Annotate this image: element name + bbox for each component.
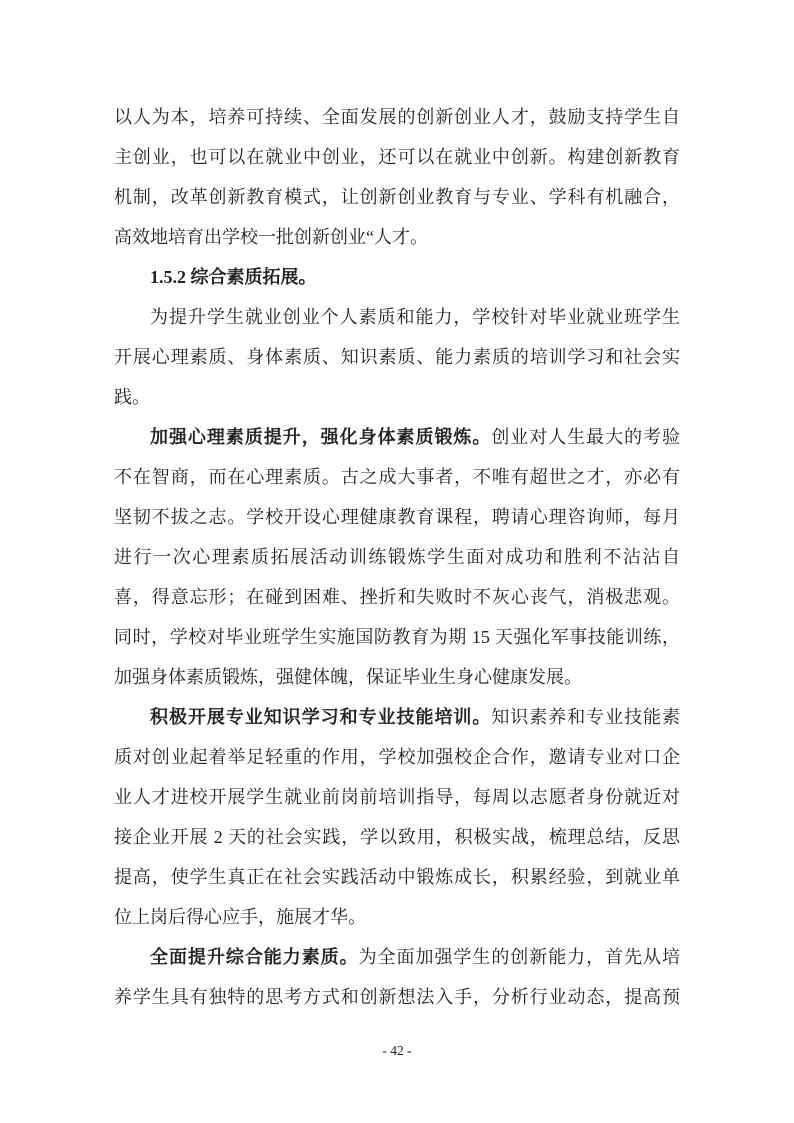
text-run: 主创业，也可以在就业中创业，还可以在就业中创新。构建创新教育 bbox=[114, 147, 680, 167]
text-run: 养学生具有独特的思考方式和创新想法入手，分析行业动态，提高预 bbox=[114, 987, 680, 1007]
text-run: 业人才进校开展学生就业前岗前培训指导，每周以志愿者身份就近对 bbox=[114, 787, 680, 807]
text-line: 进行一次心理素质拓展活动训练锻炼学生面对成功和胜利不沾沾自 bbox=[114, 537, 680, 577]
text-line: 养学生具有独特的思考方式和创新想法入手，分析行业动态，提高预 bbox=[114, 977, 680, 1017]
text-line: 全面提升综合能力素质。为全面加强学生的创新能力，首先从培 bbox=[114, 937, 680, 977]
text-run: 践。 bbox=[114, 387, 150, 407]
text-run: 位上岗后得心应手，施展才华。 bbox=[114, 907, 366, 927]
text-run: 高效地培育出学校一批创新创业“人才。 bbox=[114, 227, 428, 247]
paragraph: 为提升学生就业创业个人素质和能力，学校针对毕业就业班学生开展心理素质、身体素质、… bbox=[114, 297, 680, 417]
text-run: 为全面加强学生的创新能力，首先从培 bbox=[359, 947, 680, 967]
text-line: 业人才进校开展学生就业前岗前培训指导，每周以志愿者身份就近对 bbox=[114, 777, 680, 817]
paragraph: 加强心理素质提升，强化身体素质锻炼。创业对人生最大的考验不在智商，而在心理素质。… bbox=[114, 417, 680, 697]
bold-run: 积极开展专业知识学习和专业技能培训。 bbox=[150, 707, 491, 727]
section-heading: 1.5.2 综合素质拓展。 bbox=[114, 257, 680, 297]
bold-run: 加强心理素质提升，强化身体素质锻炼。 bbox=[150, 427, 491, 447]
document-body: 以人为本，培养可持续、全面发展的创新创业人才，鼓励支持学生自主创业，也可以在就业… bbox=[114, 97, 680, 1017]
text-line: 1.5.2 综合素质拓展。 bbox=[114, 257, 680, 297]
text-run: 接企业开展 2 天的社会实践，学以致用，积极实战，梳理总结，反思 bbox=[114, 827, 680, 847]
text-line: 开展心理素质、身体素质、知识素质、能力素质的培训学习和社会实 bbox=[114, 337, 680, 377]
text-line: 提高，使学生真正在社会实践活动中锻炼成长，积累经验，到就业单 bbox=[114, 857, 680, 897]
text-line: 为提升学生就业创业个人素质和能力，学校针对毕业就业班学生 bbox=[114, 297, 680, 337]
text-run: 机制，改革创新教育模式，让创新创业教育与专业、学科有机融合， bbox=[114, 187, 680, 207]
text-line: 加强身体素质锻炼，强健体魄，保证毕业生身心健康发展。 bbox=[114, 657, 680, 697]
paragraph: 全面提升综合能力素质。为全面加强学生的创新能力，首先从培养学生具有独特的思考方式… bbox=[114, 937, 680, 1017]
text-line: 践。 bbox=[114, 377, 680, 417]
text-line: 积极开展专业知识学习和专业技能培训。知识素养和专业技能素 bbox=[114, 697, 680, 737]
text-line: 位上岗后得心应手，施展才华。 bbox=[114, 897, 680, 937]
document-page: 以人为本，培养可持续、全面发展的创新创业人才，鼓励支持学生自主创业，也可以在就业… bbox=[0, 0, 794, 1123]
text-run: 知识素养和专业技能素 bbox=[491, 707, 680, 727]
text-run: 为提升学生就业创业个人素质和能力，学校针对毕业就业班学生 bbox=[150, 307, 680, 327]
text-line: 加强心理素质提升，强化身体素质锻炼。创业对人生最大的考验 bbox=[114, 417, 680, 457]
text-run: 提高，使学生真正在社会实践活动中锻炼成长，积累经验，到就业单 bbox=[114, 867, 680, 887]
text-line: 不在智商，而在心理素质。古之成大事者，不唯有超世之才，亦必有 bbox=[114, 457, 680, 497]
bold-run: 1.5.2 综合素质拓展。 bbox=[150, 267, 317, 287]
text-run: 不在智商，而在心理素质。古之成大事者，不唯有超世之才，亦必有 bbox=[114, 467, 680, 487]
text-run: 加强身体素质锻炼，强健体魄，保证毕业生身心健康发展。 bbox=[114, 667, 582, 687]
text-line: 喜，得意忘形；在碰到困难、挫折和失败时不灰心丧气，消极悲观。 bbox=[114, 577, 680, 617]
paragraph: 以人为本，培养可持续、全面发展的创新创业人才，鼓励支持学生自主创业，也可以在就业… bbox=[114, 97, 680, 257]
text-run: 喜，得意忘形；在碰到困难、挫折和失败时不灰心丧气，消极悲观。 bbox=[114, 587, 680, 607]
page-footer: - 42 - bbox=[0, 1040, 794, 1062]
text-run: 同时，学校对毕业班学生实施国防教育为期 15 天强化军事技能训练， bbox=[114, 627, 680, 647]
paragraph: 积极开展专业知识学习和专业技能培训。知识素养和专业技能素质对创业起着举足轻重的作… bbox=[114, 697, 680, 937]
text-line: 主创业，也可以在就业中创业，还可以在就业中创新。构建创新教育 bbox=[114, 137, 680, 177]
page-number: - 42 - bbox=[382, 1043, 411, 1058]
text-run: 质对创业起着举足轻重的作用，学校加强校企合作，邀请专业对口企 bbox=[114, 747, 680, 767]
text-run: 创业对人生最大的考验 bbox=[491, 427, 680, 447]
text-line: 同时，学校对毕业班学生实施国防教育为期 15 天强化军事技能训练， bbox=[114, 617, 680, 657]
text-line: 质对创业起着举足轻重的作用，学校加强校企合作，邀请专业对口企 bbox=[114, 737, 680, 777]
text-line: 坚韧不拔之志。学校开设心理健康教育课程，聘请心理咨询师，每月 bbox=[114, 497, 680, 537]
text-line: 接企业开展 2 天的社会实践，学以致用，积极实战，梳理总结，反思 bbox=[114, 817, 680, 857]
text-line: 以人为本，培养可持续、全面发展的创新创业人才，鼓励支持学生自 bbox=[114, 97, 680, 137]
text-run: 进行一次心理素质拓展活动训练锻炼学生面对成功和胜利不沾沾自 bbox=[114, 547, 680, 567]
text-line: 机制，改革创新教育模式，让创新创业教育与专业、学科有机融合， bbox=[114, 177, 680, 217]
text-run: 坚韧不拔之志。学校开设心理健康教育课程，聘请心理咨询师，每月 bbox=[114, 507, 680, 527]
text-run: 以人为本，培养可持续、全面发展的创新创业人才，鼓励支持学生自 bbox=[114, 107, 680, 127]
text-line: 高效地培育出学校一批创新创业“人才。 bbox=[114, 217, 680, 257]
text-run: 开展心理素质、身体素质、知识素质、能力素质的培训学习和社会实 bbox=[114, 347, 680, 367]
bold-run: 全面提升综合能力素质。 bbox=[150, 947, 359, 967]
